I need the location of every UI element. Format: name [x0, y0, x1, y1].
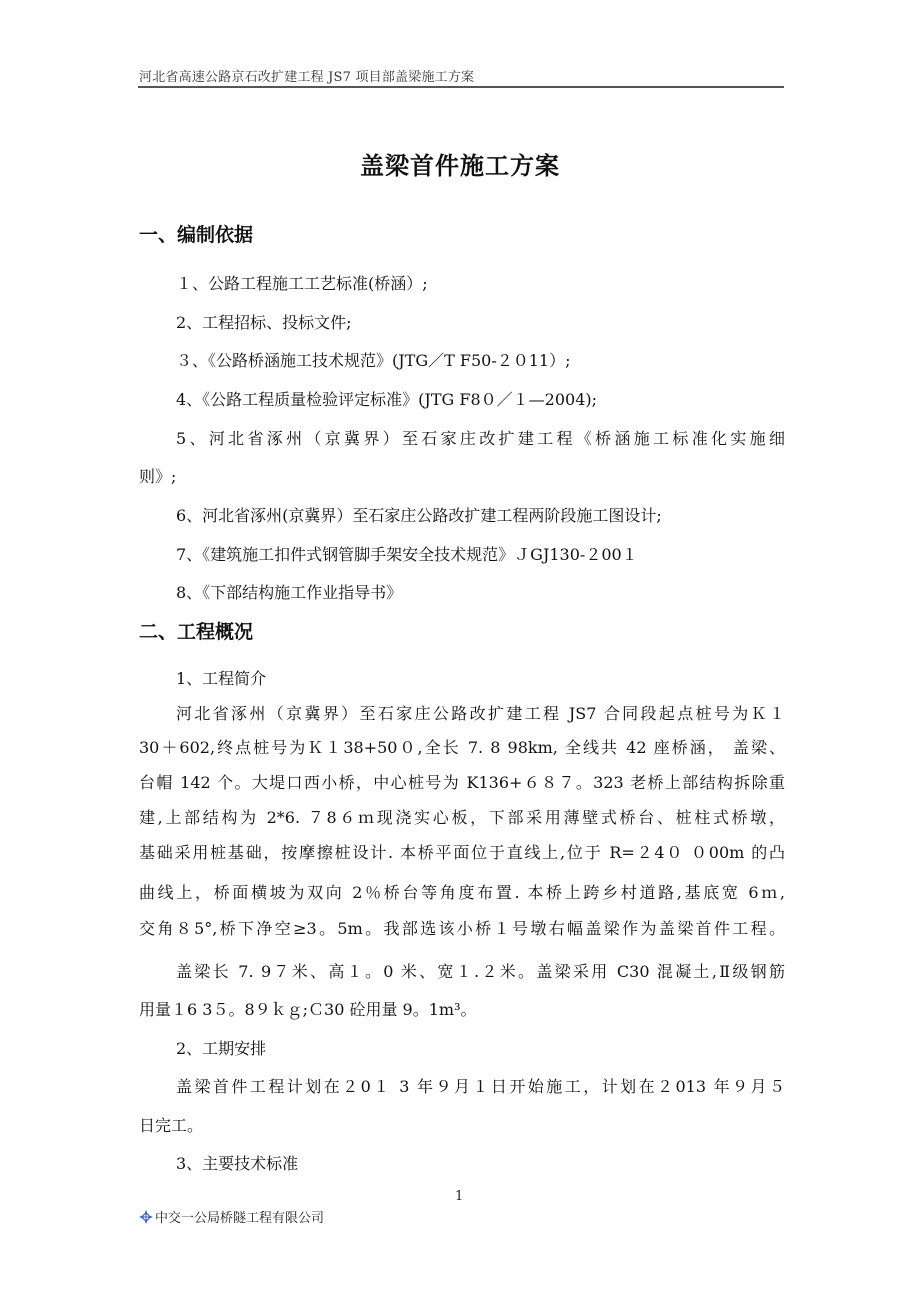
- basis-item-5: 5、河北省涿州（京冀界）至石家庄改扩建工程《桥涵施工标准化实施细: [176, 426, 785, 449]
- running-header: 河北省高速公路京石改扩建工程 JS7 项目部盖梁施工方案: [139, 66, 474, 85]
- basis-item-4: 4、《公路工程质量检验评定标准》(JTG F8０／１—2004);: [176, 387, 597, 410]
- basis-item-2: 2、工程招标、投标文件;: [176, 310, 352, 333]
- company-name: 中交一公局桥隧工程有限公司: [155, 1207, 324, 1226]
- section-heading-basis: 一、编制依据: [139, 220, 253, 247]
- document-title: 盖梁首件施工方案: [0, 146, 920, 181]
- basis-item-5-cont: 则》;: [139, 464, 176, 487]
- basis-item-3: ３、《公路桥涵施工技术规范》(JTG／T F50-２０11）;: [176, 348, 571, 371]
- footer-company: 中交一公局桥隧工程有限公司: [139, 1207, 324, 1226]
- document-page: 河北省高速公路京石改扩建工程 JS7 项目部盖梁施工方案 盖梁首件施工方案 一、…: [0, 0, 920, 1302]
- section-heading-overview: 二、工程概况: [139, 617, 253, 644]
- header-divider: [138, 86, 784, 88]
- schedule-line-2: 日完工。: [139, 1113, 203, 1136]
- beam-spec-line-1: 盖梁长 7. 9７米、高１。0 米、宽１.２米。盖梁采用 C30 混凝土,Ⅱ级钢…: [176, 959, 785, 982]
- page-number: 1: [455, 1189, 463, 1204]
- subheading-schedule: 2、工期安排: [176, 1036, 266, 1059]
- intro-line-5: 基础采用桩基础，按摩擦桩设计. 本桥平面位于直线上,位于 R=２4０ ０00m …: [139, 840, 785, 863]
- intro-line-1: 河北省涿州（京冀界）至石家庄公路改扩建工程 JS7 合同段起点桩号为Ｋ１: [176, 701, 785, 724]
- basis-item-1: １、公路工程施工工艺标准(桥涵）;: [176, 271, 428, 294]
- basis-item-7: 7、《建筑施工扣件式钢管脚手架安全技术规范》ＪGJ130-２00１: [176, 542, 638, 565]
- compass-logo-icon: [139, 1210, 153, 1224]
- subheading-intro: 1、工程简介: [176, 666, 266, 689]
- beam-spec-line-2: 用量１6 3５。8９ｋｇ;Ｃ30 砼用量 9。1m³。: [139, 997, 477, 1020]
- intro-line-3: 台帽 142 个。大堤口西小桥，中心桩号为 K136+６８７。323 老桥上部结…: [139, 770, 785, 793]
- intro-line-2: 30＋602,终点桩号为Ｋ１38+50０,全长 7. 8 98km, 全线共 4…: [139, 735, 785, 758]
- basis-item-6: 6、河北省涿州(京冀界）至石家庄公路改扩建工程两阶段施工图设计;: [176, 503, 662, 526]
- schedule-line-1: 盖梁首件工程计划在２0１ 3 年９月１日开始施工，计划在２013 年９月５: [176, 1074, 785, 1097]
- intro-line-6: 曲线上，桥面横坡为双向 2％桥台等角度布置. 本桥上跨乡村道路,基底宽 6ｍ,: [139, 880, 785, 903]
- intro-line-4: 建,上部结构为 2*6. ７8６ｍ现浇实心板，下部采用薄壁式桥台、桩柱式桥墩，: [139, 805, 785, 828]
- intro-line-7: 交角８5°,桥下净空≥3。5m。我部选该小桥１号墩右幅盖梁作为盖梁首件工程。: [139, 916, 785, 939]
- basis-item-8: 8、《下部结构施工作业指导书》: [176, 580, 402, 603]
- subheading-tech-standards: 3、主要技术标准: [176, 1151, 298, 1174]
